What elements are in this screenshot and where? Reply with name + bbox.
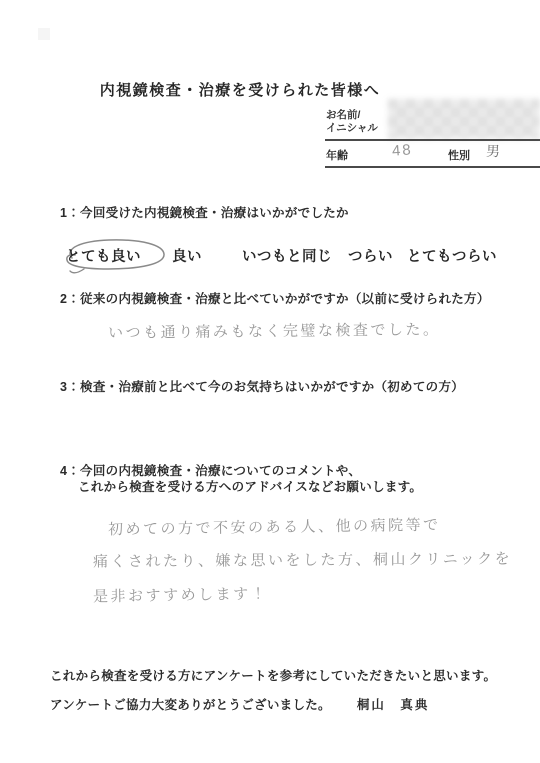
redacted-name-value: [388, 99, 540, 139]
name-label-line1: お名前/: [326, 109, 360, 122]
gender-label: 性別: [448, 147, 470, 163]
q1-option-good: 良い: [172, 245, 202, 266]
question-4-handwritten-line1: 初めての方で不安のある人、他の病院等で: [108, 514, 441, 540]
gender-handwritten-value: 男: [486, 141, 503, 162]
age-underline: [325, 166, 540, 168]
name-label-line2: イニシャル: [326, 122, 378, 135]
question-4-label-line2: これから検査を受ける方へのアドバイスなどお願いします。: [78, 477, 422, 495]
q1-option-very-good: とても良い: [66, 245, 141, 266]
footer-thanks-text: アンケートご協力大変ありがとうございました。: [50, 698, 331, 712]
age-handwritten-value: 48: [391, 141, 413, 159]
question-1-label: 1：今回受けた内視鏡検査・治療はいかがでしたか: [60, 203, 349, 221]
question-2-handwritten-answer: いつも通り痛みもなく完璧な検査でした。: [108, 318, 441, 342]
q1-option-same-as-usual: いつもと同じ: [242, 245, 332, 266]
question-2-label: 2：従来の内視鏡検査・治療と比べていかがですか（以前に受けられた方）: [60, 289, 490, 307]
question-4-handwritten-line3: 是非おすすめします！: [93, 582, 268, 606]
name-underline: [325, 139, 540, 141]
scanned-survey-page: 内視鏡検査・治療を受けられた皆様へ お名前/ イニシャル 年齢 48 性別 男 …: [0, 0, 540, 763]
footer-note: これから検査を受ける方にアンケートを参考にしていただきたいと思います。: [50, 666, 496, 684]
question-3-label: 3：検査・治療前と比べて今のお気持ちはいかがですか（初めての方）: [60, 377, 464, 395]
scan-smudge: [38, 28, 50, 40]
q1-option-hard: つらい: [348, 245, 393, 266]
doctor-signature: 桐山 真典: [357, 698, 430, 712]
footer-thanks: アンケートご協力大変ありがとうございました。桐山 真典: [50, 695, 429, 713]
question-4-handwritten-line2: 痛くされたり、嫌な思いをした方、桐山クリニックを: [93, 548, 512, 572]
q1-option-very-hard: とてもつらい: [407, 245, 497, 266]
age-label: 年齢: [326, 147, 348, 163]
page-title: 内視鏡検査・治療を受けられた皆様へ: [0, 79, 480, 100]
